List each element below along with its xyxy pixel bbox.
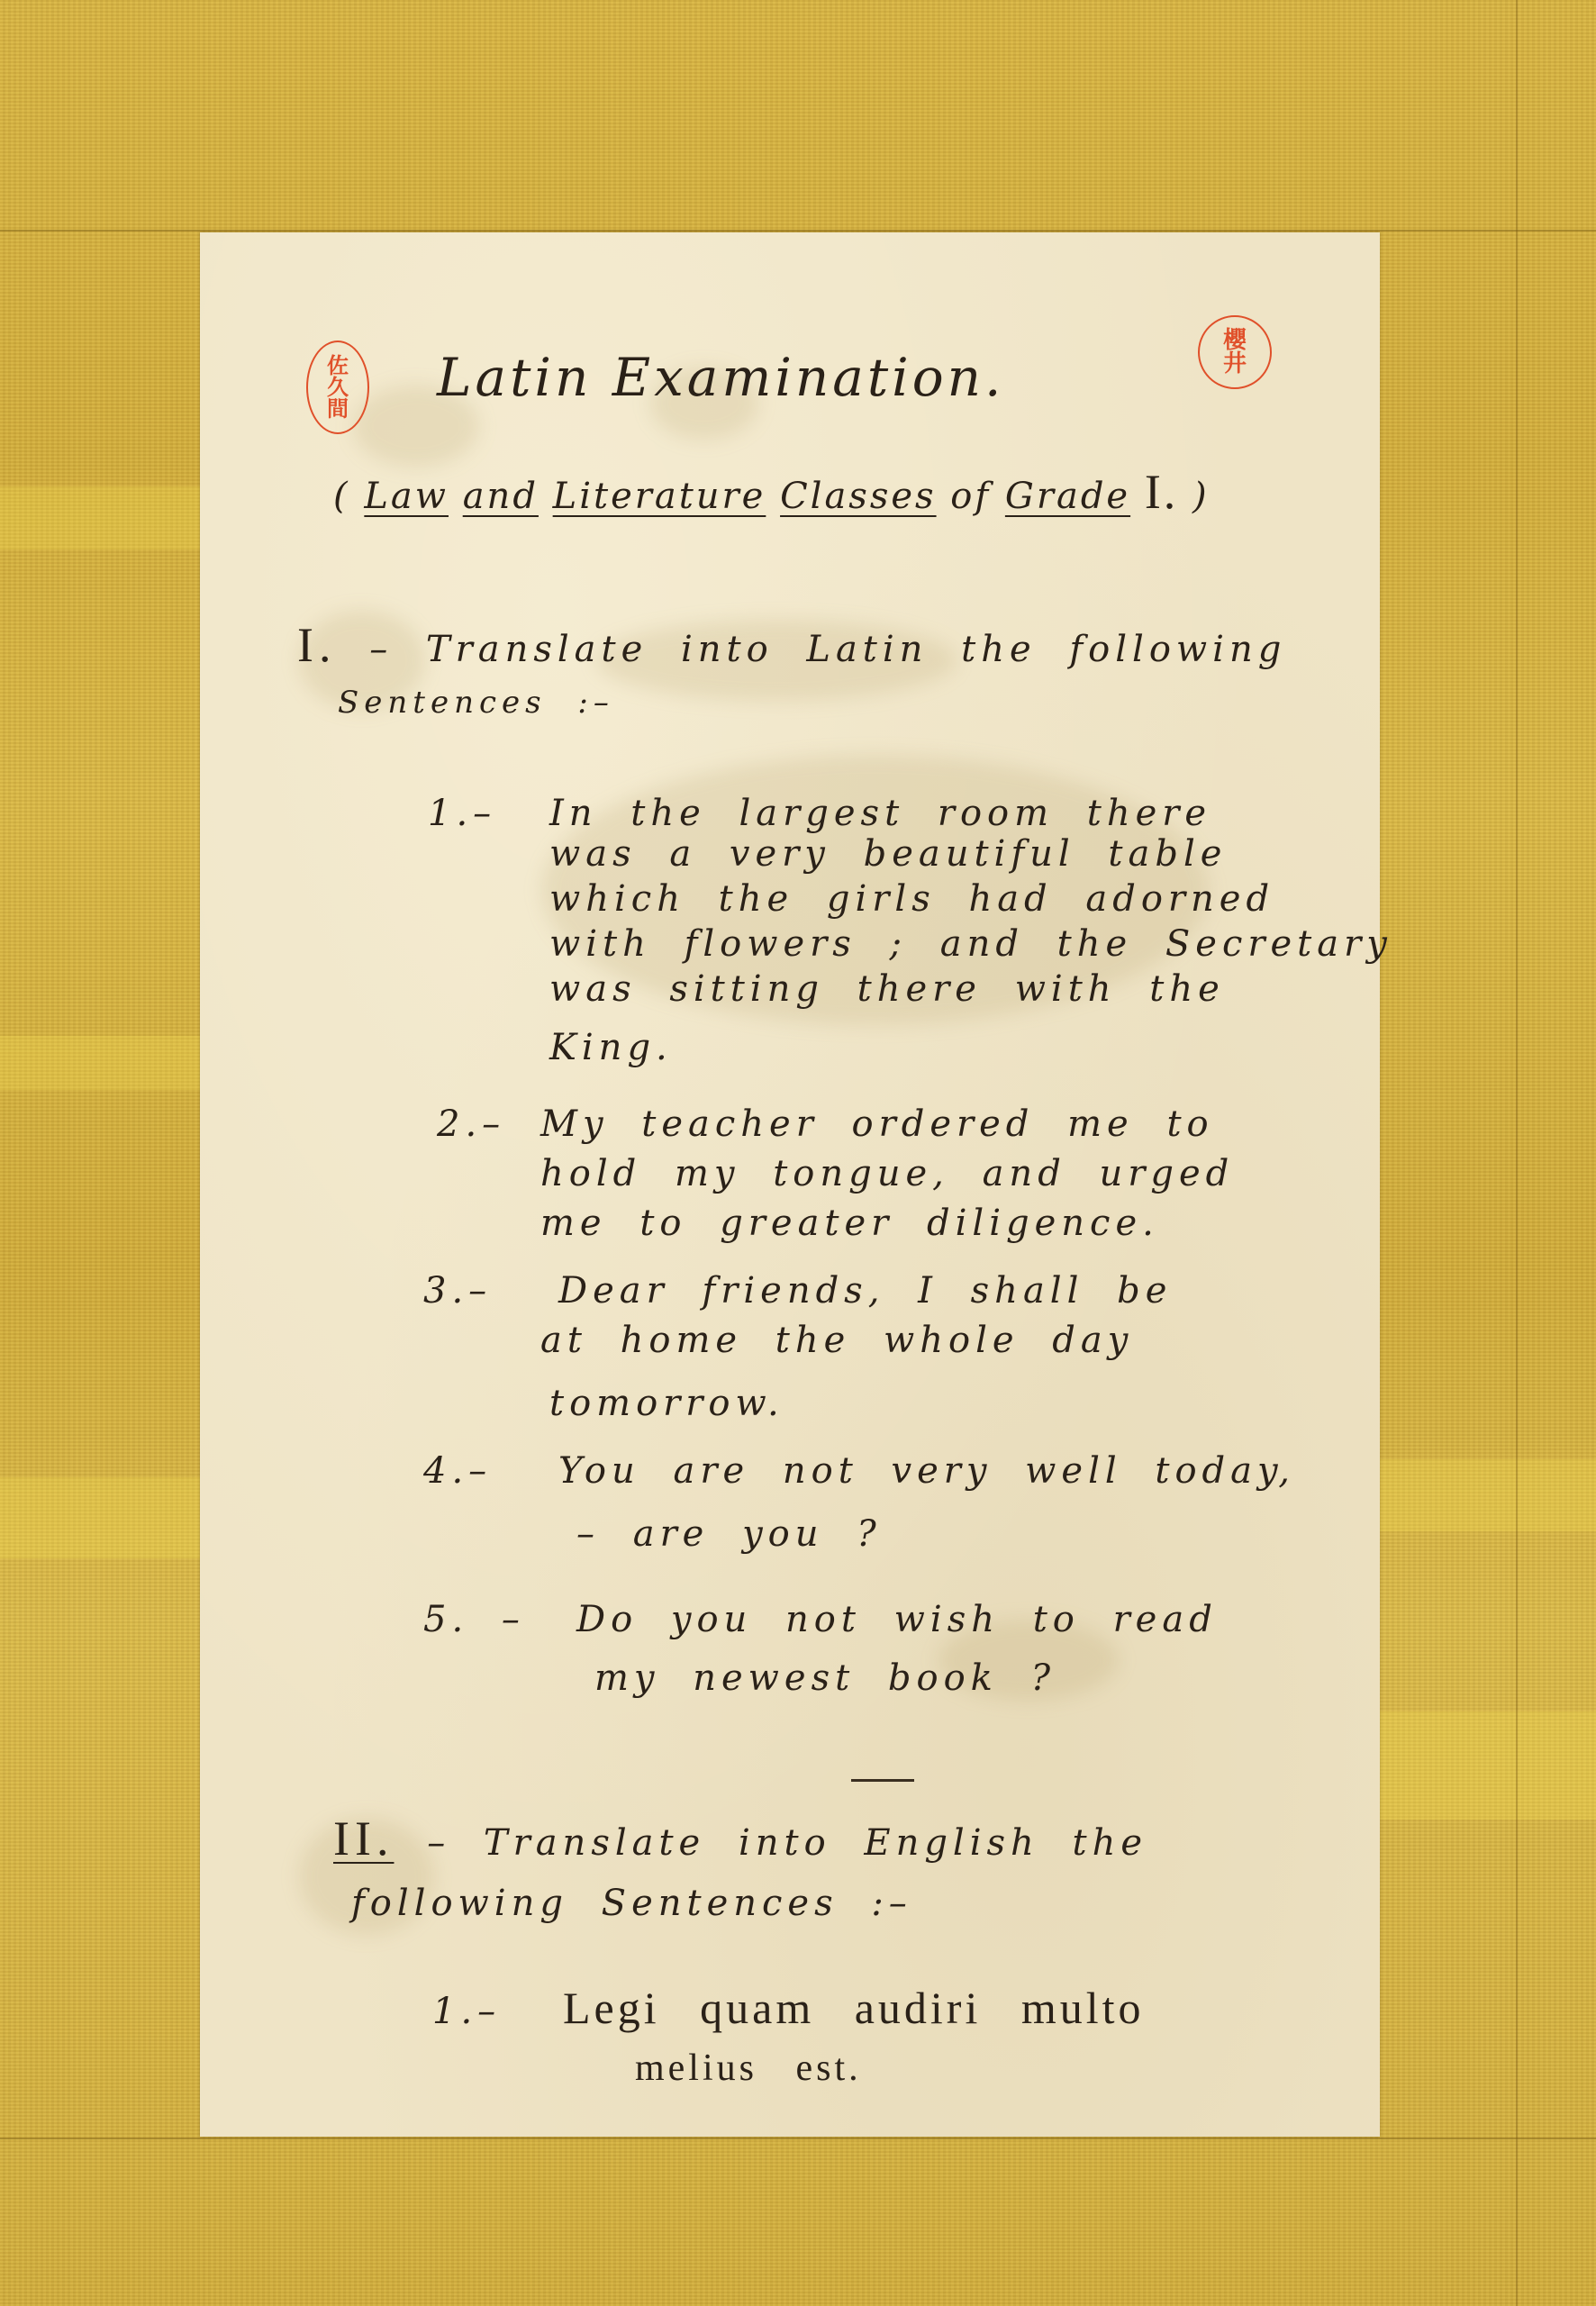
section-divider [851, 1779, 914, 1782]
silk-sheen-band [0, 486, 200, 549]
item-line: Dear friends, I shall be [558, 1270, 1172, 1312]
item-number: 1.– [428, 793, 496, 834]
item-line: at home the whole day [540, 1320, 1133, 1361]
item-line: with flowers ; and the Secretary [549, 923, 1392, 965]
item-line: My teacher ordered me to [540, 1103, 1214, 1145]
item-number: 5. – [423, 1599, 525, 1640]
seal-char: 久 [327, 377, 349, 398]
red-seal-sakuma: 佐 久 間 [306, 340, 369, 434]
subtitle-word: Law [364, 476, 449, 517]
item-line: melius est. [635, 2047, 862, 2090]
item-line: my newest book ? [594, 1657, 1056, 1699]
silk-sheen-band [0, 1036, 200, 1090]
item-number: 3.– [423, 1270, 492, 1312]
item-line: me to greater diligence. [540, 1203, 1159, 1244]
mount-seam-top [0, 230, 1596, 232]
section-instruction: – Translate into Latin the following [369, 629, 1286, 670]
item-line: You are not very well today, [558, 1450, 1295, 1492]
seal-char: 井 [1223, 352, 1247, 376]
silk-sheen-band [0, 1477, 200, 1558]
subtitle-word: Classes [780, 476, 937, 517]
subtitle-word: and [463, 476, 539, 517]
subtitle-open-paren: ( [333, 476, 350, 517]
item-number: 4.– [423, 1450, 492, 1492]
item-line: was a very beautiful table [549, 833, 1227, 875]
subtitle-word: Literature [553, 476, 766, 517]
section-numeral: I. [297, 618, 336, 672]
subtitle-word: Grade [1005, 476, 1130, 517]
seal-char: 間 [327, 398, 349, 420]
item-line: In the largest room there [549, 793, 1211, 834]
item-line: – are you ? [576, 1513, 882, 1555]
subtitle-grade: I. [1145, 465, 1178, 519]
section-1-heading: I. – Translate into Latin the following [297, 617, 1286, 673]
subtitle: ( Law and Literature Classes of Grade I.… [333, 464, 1210, 520]
mount-seam-bottom [0, 2138, 1596, 2139]
item-line: Legi quam audiri multo [563, 1982, 1145, 2034]
silk-sheen-band [1380, 1711, 1596, 1820]
section-instruction: – Translate into English the [427, 1822, 1147, 1864]
item-line: tomorrow. [549, 1383, 784, 1424]
section-2-heading: II. – Translate into English the [333, 1811, 1147, 1866]
item-number: 1.– [432, 1991, 501, 2032]
item-line: was sitting there with the [549, 968, 1225, 1010]
section-instruction: following Sentences :– [351, 1883, 912, 1924]
seal-char: 佐 [327, 355, 349, 377]
item-line: King. [549, 1027, 673, 1068]
item-number: 2.– [437, 1103, 505, 1145]
silk-sheen-band [1380, 1459, 1596, 1531]
subtitle-close-paren: ) [1192, 476, 1210, 517]
page-title: Latin Examination. [437, 347, 1004, 408]
subtitle-word: of [950, 476, 991, 517]
item-line: Do you not wish to read [576, 1599, 1218, 1640]
section-instruction: Sentences :– [338, 685, 614, 721]
section-numeral: II. [333, 1811, 394, 1866]
seal-char: 櫻 [1223, 329, 1247, 352]
item-line: hold my tongue, and urged [540, 1153, 1234, 1194]
item-line: which the girls had adorned [549, 878, 1274, 920]
mount-seam-right [1516, 0, 1518, 2306]
red-seal-sakurai: 櫻 井 [1198, 315, 1272, 389]
